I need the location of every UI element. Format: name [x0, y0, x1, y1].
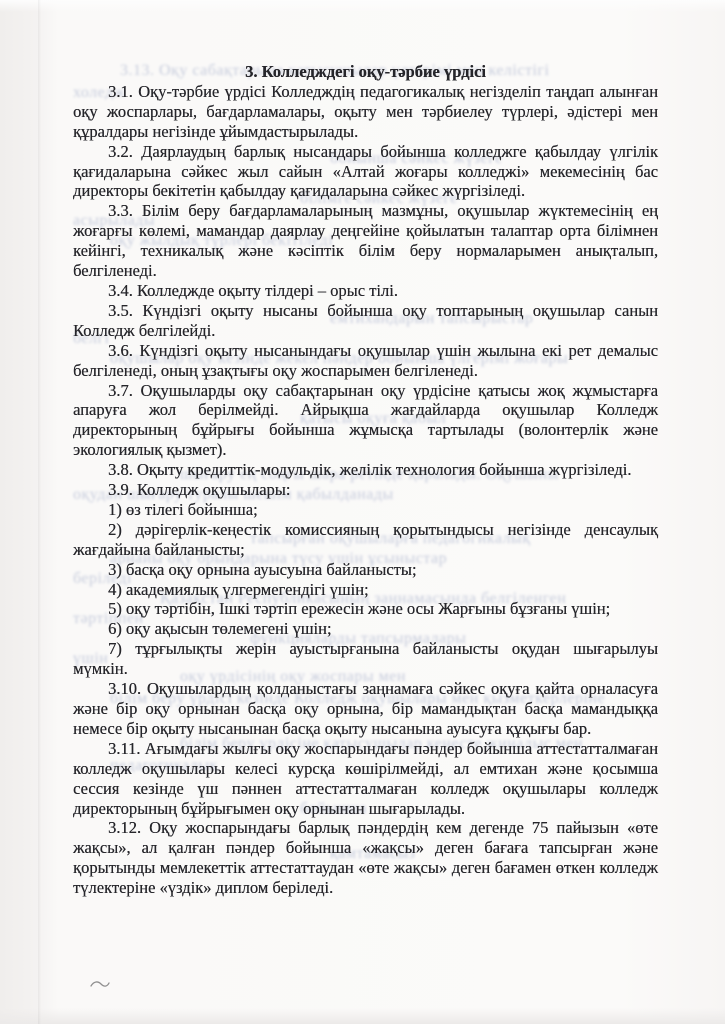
- document-title: 3. Колледждегі оқу-тәрбие үрдісі: [73, 62, 658, 82]
- paragraph: 5) оқу тәртібін, Ішкі тәртіп ережесін жә…: [73, 599, 658, 619]
- paragraph: 3.5. Күндізгі оқыту нысаны бойынша оқу т…: [73, 301, 658, 341]
- paragraph: 3.3. Білім беру бағдарламаларының мазмұн…: [73, 201, 658, 281]
- pen-mark-icon: [90, 978, 110, 990]
- document-body: 3. Колледждегі оқу-тәрбие үрдісі 3.1. Оқ…: [73, 62, 658, 898]
- paragraph: 3.8. Оқыту кредиттік-модульдік, желілік …: [73, 460, 658, 480]
- paragraph: 2) дәрігерлік-кеңестік комиссияның қорыт…: [73, 520, 658, 560]
- paragraphs-container: 3.1. Оқу-тәрбие үрдісі Колледждің педаго…: [73, 82, 658, 898]
- paragraph: 3.11. Ағымдағы жылғы оқу жоспарындағы пә…: [73, 739, 658, 819]
- paragraph: 3.4. Колледжде оқыту тілдері – орыс тілі…: [73, 281, 658, 301]
- paragraph: 3.1. Оқу-тәрбие үрдісі Колледждің педаго…: [73, 82, 658, 142]
- paragraph: 3.9. Колледж оқушылары:: [73, 480, 658, 500]
- paragraph: 4) академиялық үлгермегендігі үшін;: [73, 580, 658, 600]
- paragraph: 3.2. Даярлаудың барлық нысандары бойынша…: [73, 142, 658, 202]
- paragraph: 1) өз тілегі бойынша;: [73, 500, 658, 520]
- paragraph: 6) оқу ақысын төлемегені үшін;: [73, 619, 658, 639]
- paragraph: 3.7. Оқушыларды оқу сабақтарынан оқу үрд…: [73, 381, 658, 461]
- page-edge-shadow: [38, 0, 41, 1024]
- paragraph: 3.12. Оқу жоспарындағы барлық пәндердің …: [73, 818, 658, 898]
- scanned-page: 3.13. Оқу сабақтарына қатысушылар үлгері…: [0, 0, 725, 1024]
- paragraph: 7) тұрғылықты жерін ауыстырғанына байлан…: [73, 639, 658, 679]
- paragraph: 3) басқа оқу орнына ауысуына байланысты;: [73, 560, 658, 580]
- paragraph: 3.10. Оқушылардың қолданыстағы заңнамаға…: [73, 679, 658, 739]
- paragraph: 3.6. Күндізгі оқыту нысанындағы оқушылар…: [73, 341, 658, 381]
